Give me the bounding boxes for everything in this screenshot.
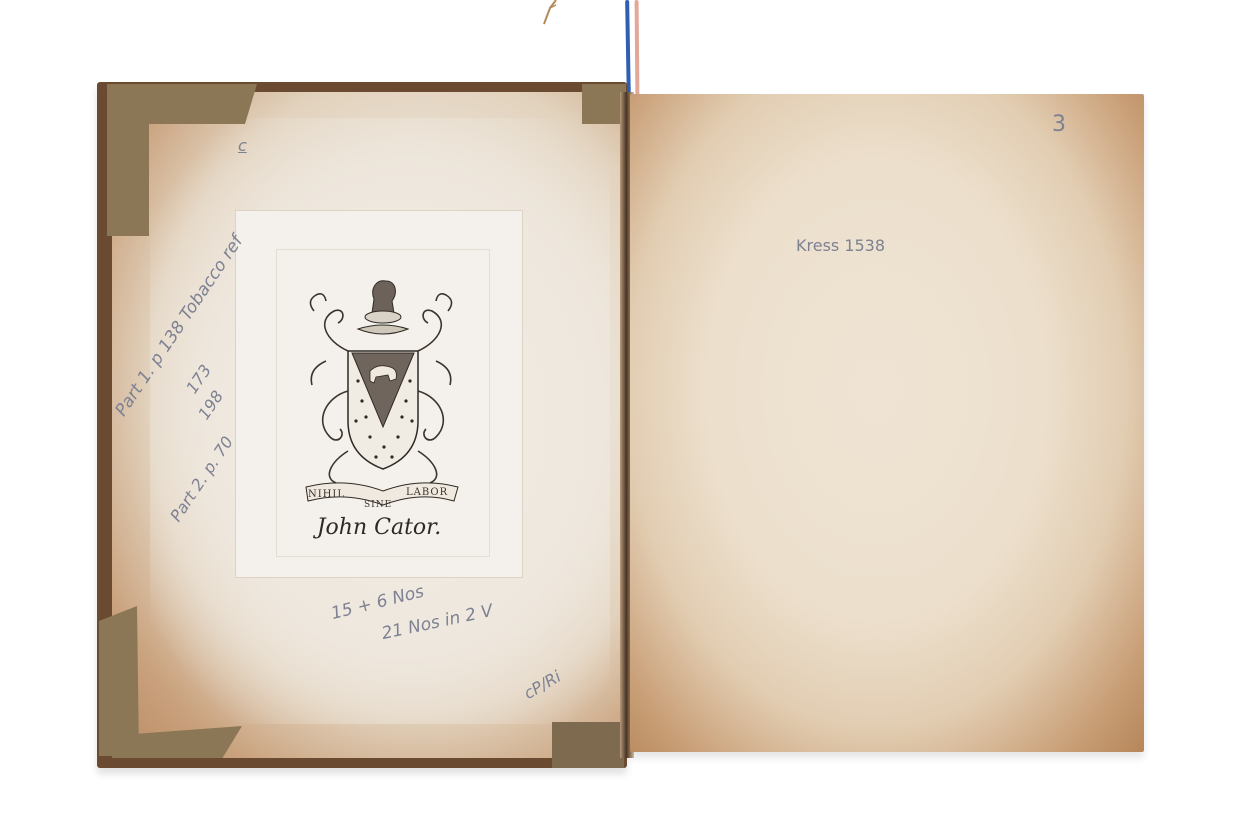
coat-of-arms-icon — [286, 251, 476, 521]
catalog-reference: Kress 1538 — [796, 236, 885, 255]
folio-number: 3 — [1052, 112, 1066, 137]
string-thread — [540, 0, 558, 26]
leather-corner-top-left-side — [107, 84, 149, 236]
motto-word-left: NIHIL — [308, 489, 345, 500]
motto-word-right: LABOR — [406, 487, 448, 498]
pencil-mark-top: c — [238, 136, 247, 155]
armorial-bookplate: NIHIL SINE LABOR John Cator. — [236, 211, 522, 577]
ribbon-marker-pink — [635, 0, 640, 100]
motto-word-center: SINE — [364, 500, 392, 510]
leather-corner-bottom-right — [552, 722, 624, 768]
bookplate-owner-name: John Cator. — [236, 515, 522, 540]
leather-corner-bottom-left-side — [99, 606, 139, 756]
flyleaf-page — [630, 94, 1144, 752]
